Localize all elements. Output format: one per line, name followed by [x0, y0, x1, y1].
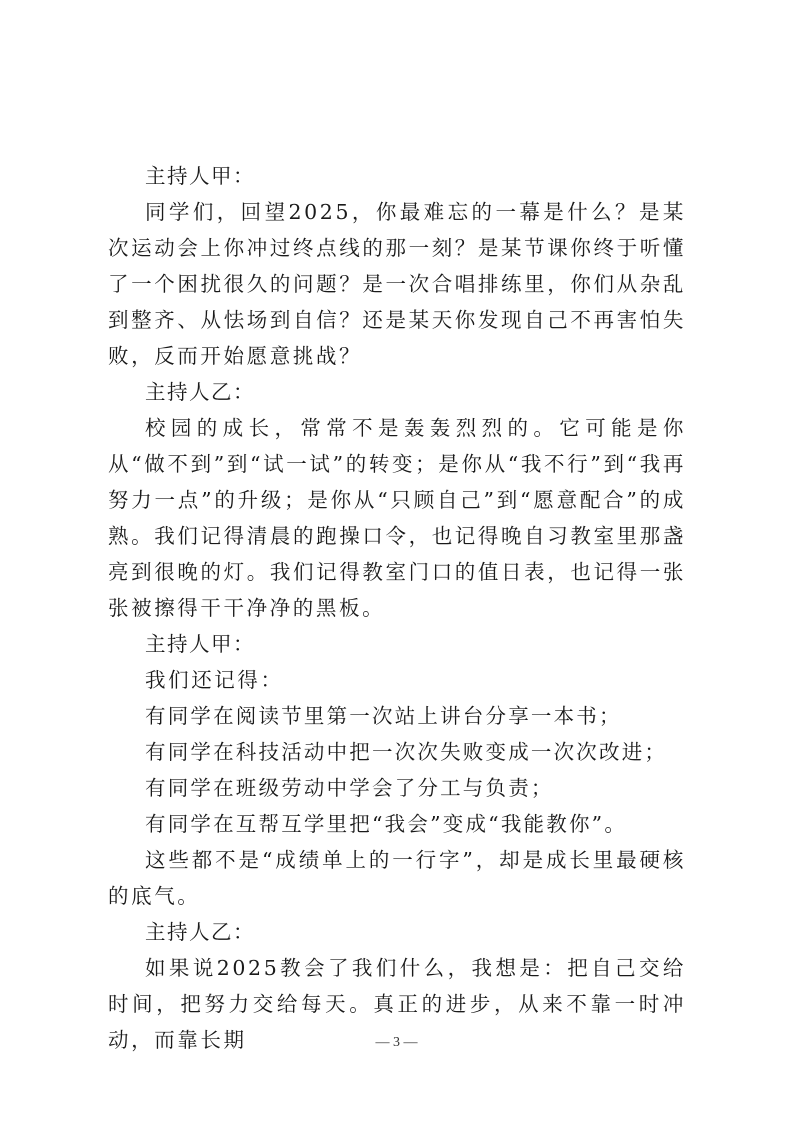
body-paragraph: 同学们，回望2025，你最难忘的一幕是什么？是某次运动会上你冲过终点线的那一刻？…	[108, 194, 686, 374]
speaker-label-b: 主持人乙：	[108, 914, 686, 950]
list-item: 有同学在班级劳动中学会了分工与负责；	[108, 770, 686, 806]
body-paragraph: 校园的成长，常常不是轰轰烈烈的。它可能是你从“做不到”到“试一试”的转变；是你从…	[108, 410, 686, 626]
list-item: 有同学在阅读节里第一次站上讲台分享一本书；	[108, 698, 686, 734]
speaker-label-a: 主持人甲：	[108, 626, 686, 662]
speaker-label-b: 主持人乙：	[108, 374, 686, 410]
page-number: — 3 —	[0, 1035, 793, 1051]
body-paragraph: 这些都不是“成绩单上的一行字”，却是成长里最硬核的底气。	[108, 842, 686, 914]
speaker-label-a: 主持人甲：	[108, 158, 686, 194]
list-item: 有同学在科技活动中把一次次失败变成一次次改进；	[108, 734, 686, 770]
list-item: 有同学在互帮互学里把“我会”变成“我能教你”。	[108, 806, 686, 842]
document-page: 主持人甲： 同学们，回望2025，你最难忘的一幕是什么？是某次运动会上你冲过终点…	[108, 158, 686, 1058]
body-paragraph: 我们还记得：	[108, 662, 686, 698]
